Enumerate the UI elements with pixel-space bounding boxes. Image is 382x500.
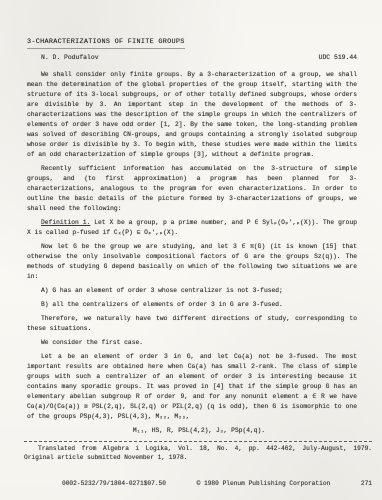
- page-title: 3-CHARACTERIZATIONS OF FINITE GROUPS: [27, 38, 185, 49]
- paragraph-first-case: We consider the first case.: [27, 338, 357, 348]
- translation-footnote: Translated from Algebra i Logika, Vol. 1…: [24, 444, 372, 462]
- footnote-block: Translated from Algebra i Logika, Vol. 1…: [24, 441, 372, 462]
- publisher-copyright: © 1980 Plenum Publishing Corporation: [197, 480, 331, 487]
- definition-label: Definition 1.: [41, 219, 90, 226]
- issn-code: 0002-5232/79/1804-0271$07.50: [62, 480, 166, 487]
- paragraph-program: Recently sufficient information has accu…: [27, 164, 357, 214]
- page-content: 3-CHARACTERIZATIONS OF FINITE GROUPS N. …: [27, 30, 357, 440]
- paragraph-directions: Therefore, we naturally have two differe…: [27, 314, 357, 334]
- paragraph-intro: We shall consider only finite groups. By…: [27, 70, 357, 160]
- list-item-a: A) G has an element of order 3 whose cen…: [27, 286, 357, 296]
- copyright-footer: 0002-5232/79/1804-0271$07.50 © 1980 Plen…: [62, 480, 372, 487]
- list-item-b: B) all the centralizers of elements of o…: [27, 300, 357, 310]
- paragraph-definition: Definition 1. Let X be a group, p a prim…: [27, 218, 357, 238]
- paragraph-theorem: Let a be an element of order 3 in G, and…: [27, 352, 357, 422]
- paragraph-situations: Now let G be the group we are studying, …: [27, 242, 357, 282]
- author-name: N. D. Podufalov: [27, 54, 99, 61]
- udc-number: UDC 519.44: [319, 54, 357, 61]
- title-row: 3-CHARACTERIZATIONS OF FINITE GROUPS: [27, 30, 357, 49]
- display-formula: M₁₁, HS, R, PSL(4,2), J₃, PSp(4,q).: [27, 426, 357, 436]
- byline-row: N. D. Podufalov UDC 519.44: [27, 54, 357, 61]
- scanned-paper-page: 3-CHARACTERIZATIONS OF FINITE GROUPS N. …: [0, 0, 382, 500]
- article-body: We shall consider only finite groups. By…: [27, 70, 357, 436]
- footnote-rule: [24, 441, 372, 442]
- page-number: 271: [361, 480, 372, 487]
